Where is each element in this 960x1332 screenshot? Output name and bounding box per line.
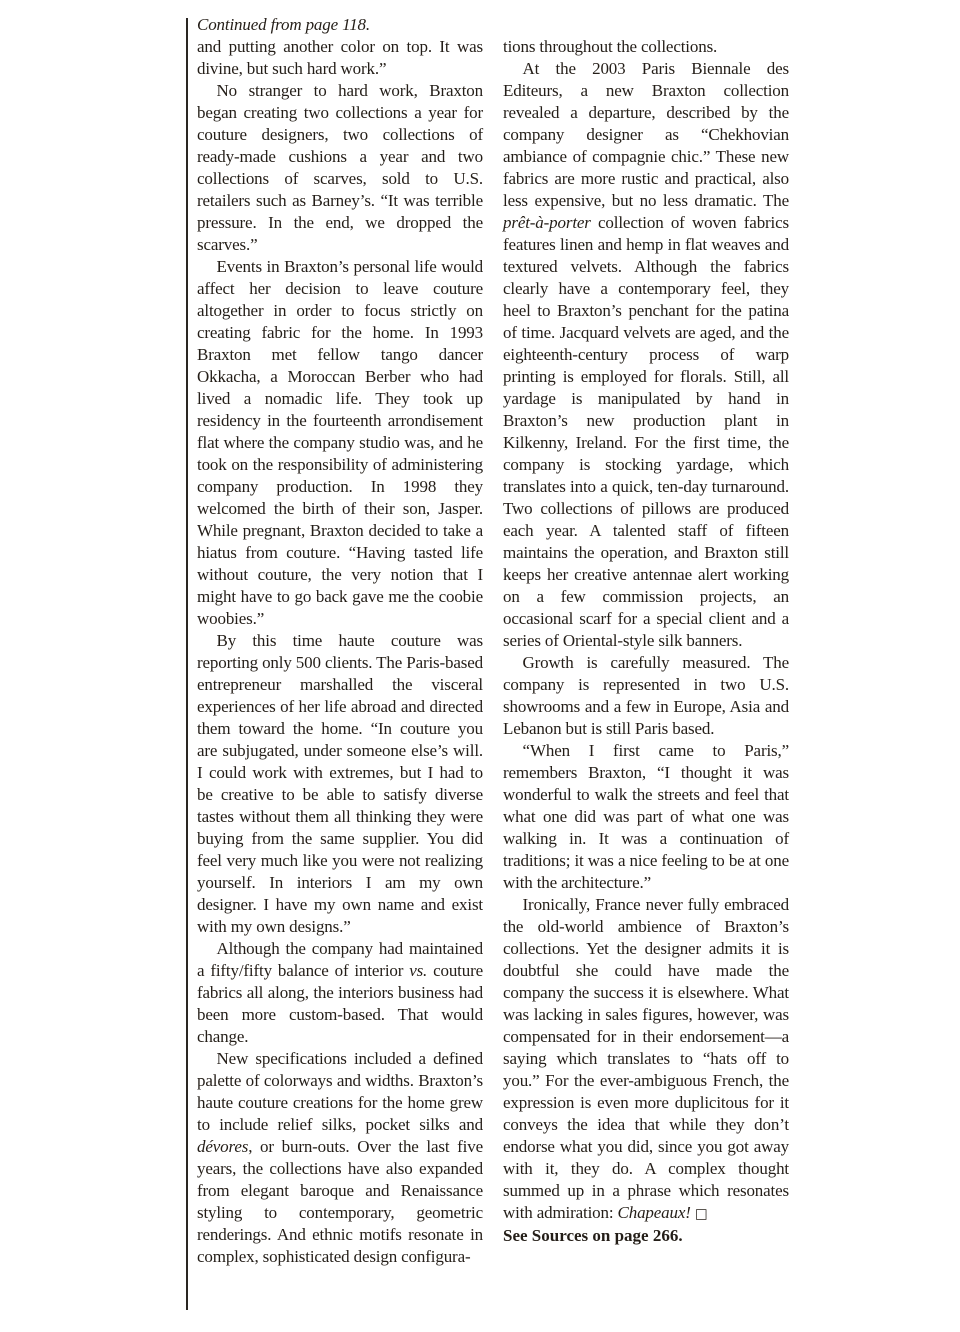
paragraph: tions throughout the collections. bbox=[503, 36, 789, 58]
text-segment: tions throughout the collections. bbox=[503, 37, 717, 56]
text-segment: collection of woven fabrics features lin… bbox=[503, 213, 789, 650]
text-segment: and putting another color on top. It was… bbox=[197, 37, 483, 78]
text-segment: prêt-à-porter bbox=[503, 213, 591, 232]
paragraph: At the 2003 Paris Biennale des Editeurs,… bbox=[503, 58, 789, 652]
text-segment: dévores bbox=[197, 1137, 248, 1156]
end-of-article-mark: □ bbox=[695, 1206, 708, 1222]
text-segment: By this time haute couture was reporting… bbox=[197, 631, 483, 936]
text-segment: At the 2003 Paris Biennale des Editeurs,… bbox=[503, 59, 789, 210]
paragraph: Growth is carefully measured. The compan… bbox=[503, 652, 789, 740]
paragraph: Ironically, France never fully embraced … bbox=[503, 894, 789, 1225]
paragraph: No stranger to hard work, Braxton began … bbox=[197, 80, 483, 256]
paragraph: Although the company had maintained a fi… bbox=[197, 938, 483, 1048]
column-left: Continued from page 118. and putting ano… bbox=[197, 14, 483, 1268]
text-segment: vs. bbox=[409, 961, 427, 980]
text-segment: No stranger to hard work, Braxton began … bbox=[197, 81, 483, 254]
text-segment: Events in Braxton’s personal life would … bbox=[197, 257, 483, 628]
paragraph: “When I first came to Paris,” remembers … bbox=[503, 740, 789, 894]
paragraph: Events in Braxton’s personal life would … bbox=[197, 256, 483, 630]
column-right: tions throughout the collections.At the … bbox=[503, 36, 789, 1247]
text-segment: “When I first came to Paris,” remembers … bbox=[503, 741, 789, 892]
text-segment: Chapeaux! bbox=[618, 1203, 691, 1222]
see-sources-note: See Sources on page 266. bbox=[503, 1225, 789, 1247]
paragraph: By this time haute couture was reporting… bbox=[197, 630, 483, 938]
paragraph: New specifications included a defined pa… bbox=[197, 1048, 483, 1268]
column-left-paragraphs: and putting another color on top. It was… bbox=[197, 36, 483, 1268]
column-right-paragraphs: tions throughout the collections.At the … bbox=[503, 36, 789, 1225]
continued-from-note: Continued from page 118. bbox=[197, 14, 483, 36]
magazine-page: Continued from page 118. and putting ano… bbox=[0, 0, 960, 1332]
text-segment: Growth is carefully measured. The compan… bbox=[503, 653, 789, 738]
column-left-rule bbox=[186, 18, 188, 1310]
paragraph: and putting another color on top. It was… bbox=[197, 36, 483, 80]
text-segment: , or burn-outs. Over the last five years… bbox=[197, 1137, 483, 1266]
text-segment: Ironically, France never fully embraced … bbox=[503, 895, 789, 1222]
text-segment: New specifications included a defined pa… bbox=[197, 1049, 483, 1134]
